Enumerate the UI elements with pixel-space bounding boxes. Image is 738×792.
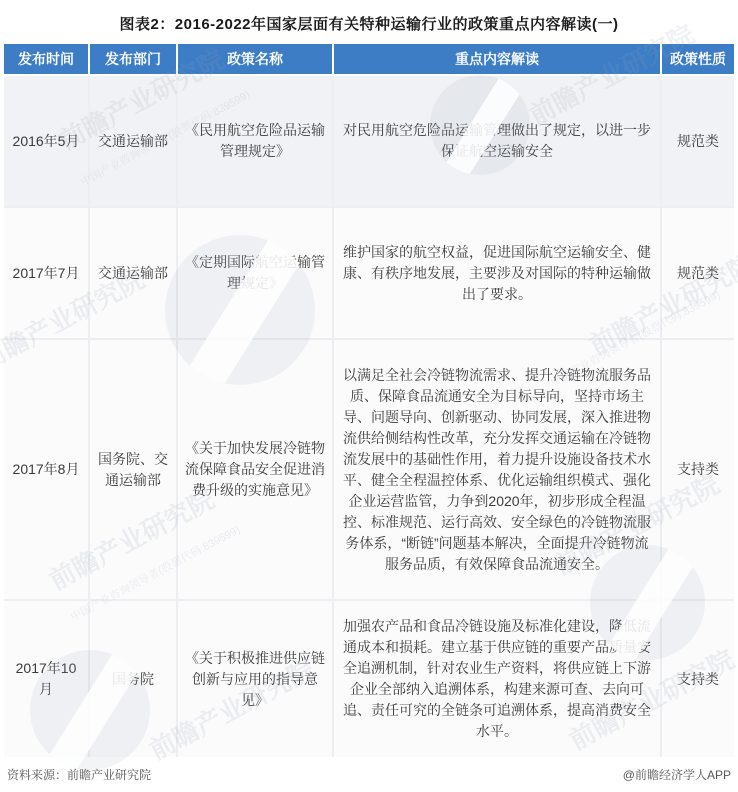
- cell-policy-name: 《民用航空危险品运输管理规定》: [178, 76, 332, 206]
- page-title: 图表2：2016-2022年国家层面有关特种运输行业的政策重点内容解读(一): [0, 0, 738, 44]
- cell-policy-name: 《定期国际航空运输管理规定》: [178, 208, 332, 338]
- cell-nature: 规范类: [662, 76, 734, 206]
- cell-date: 2016年5月: [4, 76, 88, 206]
- policy-table: 发布时间 发布部门 政策名称 重点内容解读 政策性质 2016年5月 交通运输部…: [4, 44, 734, 757]
- cell-content: 以满足全社会冷链物流需求、提升冷链物流服务品质、保障食品流通安全为目标导向，坚持…: [334, 340, 660, 599]
- cell-nature: 支持类: [662, 601, 734, 757]
- cell-policy-name: 《关于加快发展冷链物流保障食品安全促进消费升级的实施意见》: [178, 340, 332, 599]
- cell-nature: 规范类: [662, 208, 734, 338]
- table-header-row: 发布时间 发布部门 政策名称 重点内容解读 政策性质: [4, 44, 734, 74]
- header-key-content: 重点内容解读: [334, 44, 660, 74]
- header-publish-date: 发布时间: [4, 44, 88, 74]
- header-publish-department: 发布部门: [90, 44, 176, 74]
- cell-department: 交通运输部: [90, 76, 176, 206]
- source-note: 资料来源：前瞻产业研究院: [7, 766, 151, 783]
- header-policy-nature: 政策性质: [662, 44, 734, 74]
- header-policy-name: 政策名称: [178, 44, 332, 74]
- cell-department: 国务院、交通运输部: [90, 340, 176, 599]
- cell-nature: 支持类: [662, 340, 734, 599]
- cell-policy-name: 《关于积极推进供应链创新与应用的指导意见》: [178, 601, 332, 757]
- figure-footer: 资料来源：前瞻产业研究院 @前瞻经济学人APP: [0, 766, 738, 783]
- cell-date: 2017年10月: [4, 601, 88, 757]
- cell-content: 加强农产品和食品冷链设施及标准化建设，降低流通成本和损耗。建立基于供应链的重要产…: [334, 601, 660, 757]
- table-body: 2016年5月 交通运输部 《民用航空危险品运输管理规定》 对民用航空危险品运输…: [4, 76, 734, 757]
- cell-department: 国务院: [90, 601, 176, 757]
- cell-content: 维护国家的航空权益，促进国际航空运输安全、健康、有秩序地发展，主要涉及对国际的特…: [334, 208, 660, 338]
- cell-date: 2017年8月: [4, 340, 88, 599]
- cell-department: 交通运输部: [90, 208, 176, 338]
- cell-date: 2017年7月: [4, 208, 88, 338]
- credit-note: @前瞻经济学人APP: [623, 766, 731, 783]
- cell-content: 对民用航空危险品运输管理做出了规定，以进一步保证航空运输安全: [334, 76, 660, 206]
